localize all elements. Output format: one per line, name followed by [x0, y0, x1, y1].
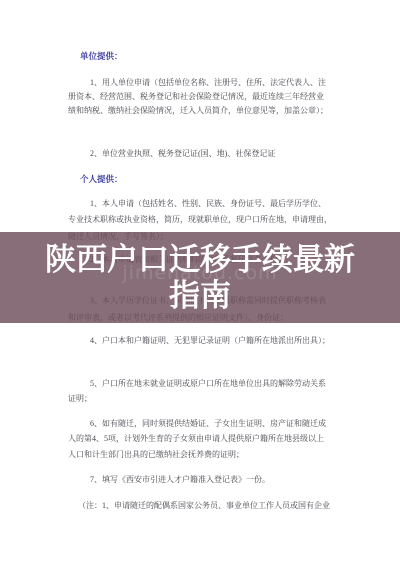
doc-line-item2: 2、单位营业执照、税务登记证(国、地)、社保登记证: [90, 148, 275, 159]
doc-line-p6-3: 人口和计生部门出具的已缴纳社会抚养费的证明；: [68, 449, 244, 460]
doc-line-p5-1: 5、户口所在地未就业证明或原户口所在地单位出具的解除劳动关系: [90, 378, 326, 389]
doc-line-item1-1: 1、用人单位申请（包括单位名称、注册号、住所、法定代表人、注: [90, 77, 326, 88]
doc-line-p6-2: 人的第4、5项，计划外生育的子女须由申请人提供原户籍所在地县级以上: [68, 433, 324, 444]
doc-line-note: （注：1、申请随迁的配偶系国家公务员、事业单位工作人员或国有企业: [78, 500, 330, 511]
overlay-title-line1: 陕西户口迁移手续最新: [0, 242, 400, 278]
doc-line-p1-2: 专业技术职称或执业资格，简历，现就职单位，现户口所在地，申请理由，: [68, 214, 332, 225]
section-heading-personal-provides: 个人提供：: [80, 174, 123, 185]
doc-line-p1-1: 1、本人申请（包括姓名、性别、民族、身份证号、最后学历学位、: [90, 198, 326, 209]
section-heading-unit-provides: 单位提供：: [80, 51, 123, 62]
doc-line-p7: 7、填写《西安市引进人才户籍准入登记表》一份。: [90, 474, 270, 485]
doc-line-p5-2: 证明；: [68, 393, 92, 404]
doc-line-p6-1: 6、如有随迁，同时须提供结婚证、子女出生证明、房产证和随迁成: [90, 418, 326, 429]
document-page: 单位提供： 1、用人单位申请（包括单位名称、注册号、住所、法定代表人、注 册资本…: [0, 0, 400, 566]
title-overlay-band: jimenatou.com 陕西户口迁移手续最新 指南: [0, 232, 400, 323]
doc-line-p4: 4、户口本和户籍证明、无犯罪记录证明（户籍所在地派出所出具）；: [90, 335, 330, 346]
overlay-title-line2: 指南: [0, 278, 400, 314]
doc-line-item1-2: 册资本、经营范围、税务登记和社会保险登记情况，最近连续三年经营业: [68, 91, 324, 102]
doc-line-item1-3: 绩和纳税、缴纳社会保险情况，迁入人员简介，单位意见等，加盖公章）；: [68, 105, 328, 116]
